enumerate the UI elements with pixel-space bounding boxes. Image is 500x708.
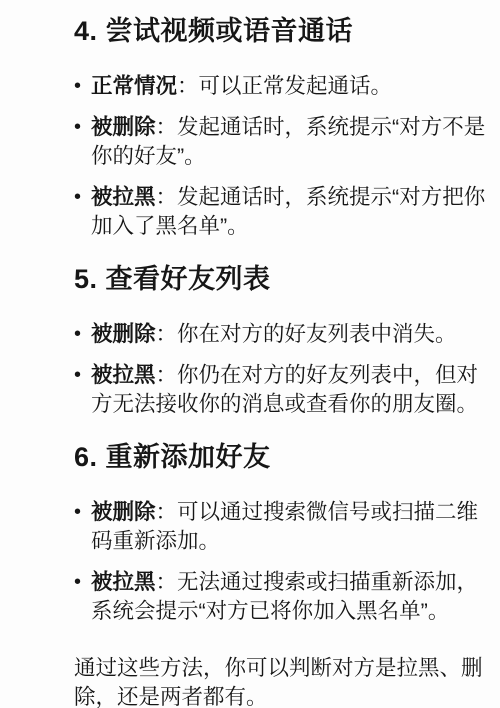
bullet-colon: ： [156, 363, 178, 387]
section-friend-list: 5. 查看好友列表 • 被删除：你在对方的好友列表中消失。 • 被拉黑：你仍在对… [74, 261, 492, 419]
bullet-text: 你在对方的好友列表中消失。 [177, 322, 457, 346]
list-item: • 被删除：发起通话时，系统提示“对方不是你的好友”。 [74, 113, 492, 171]
bullet-term: 被删除 [91, 322, 156, 346]
bullet-colon: ： [156, 570, 178, 594]
bullet-colon: ： [156, 500, 178, 524]
bullet-content: 被删除：你在对方的好友列表中消失。 [91, 320, 492, 349]
section-re-add-friend: 6. 重新添加好友 • 被删除：可以通过搜索微信号或扫描二维码重新添加。 • 被… [74, 439, 492, 626]
bullet-term: 被删除 [91, 115, 156, 139]
bullet-icon: • [74, 113, 91, 142]
bullet-text: 可以正常发起通话。 [199, 74, 393, 98]
bullet-icon: • [74, 320, 91, 349]
list-item: • 被拉黑：发起通话时，系统提示“对方把你加入了黑名单”。 [74, 183, 492, 241]
document: 4. 尝试视频或语音通话 • 正常情况：可以正常发起通话。 • 被删除：发起通话… [0, 0, 500, 708]
closing-paragraph: 通过这些方法，你可以判断对方是拉黑、删除，还是两者都有。 [74, 654, 492, 708]
bullet-colon: ： [156, 185, 178, 209]
bullet-colon: ： [156, 322, 178, 346]
bullet-term: 正常情况 [91, 74, 177, 98]
list-item: • 被删除：可以通过搜索微信号或扫描二维码重新添加。 [74, 498, 492, 556]
bullet-list: • 被删除：你在对方的好友列表中消失。 • 被拉黑：你仍在对方的好友列表中，但对… [74, 320, 492, 419]
bullet-colon: ： [177, 74, 199, 98]
list-item: • 被删除：你在对方的好友列表中消失。 [74, 320, 492, 349]
bullet-content: 被删除：可以通过搜索微信号或扫描二维码重新添加。 [91, 498, 492, 556]
bullet-content: 被拉黑：发起通话时，系统提示“对方把你加入了黑名单”。 [91, 183, 492, 241]
section-heading: 5. 查看好友列表 [74, 261, 492, 298]
bullet-term: 被拉黑 [91, 185, 156, 209]
bullet-icon: • [74, 361, 91, 390]
section-heading: 4. 尝试视频或语音通话 [74, 13, 492, 50]
bullet-icon: • [74, 498, 91, 527]
bullet-icon: • [74, 183, 91, 212]
bullet-content: 正常情况：可以正常发起通话。 [91, 72, 492, 101]
bullet-list: • 被删除：可以通过搜索微信号或扫描二维码重新添加。 • 被拉黑：无法通过搜索或… [74, 498, 492, 626]
list-item: • 被拉黑：你仍在对方的好友列表中，但对方无法接收你的消息或查看你的朋友圈。 [74, 361, 492, 419]
bullet-icon: • [74, 568, 91, 597]
bullet-content: 被删除：发起通话时，系统提示“对方不是你的好友”。 [91, 113, 492, 171]
bullet-term: 被拉黑 [91, 570, 156, 594]
bullet-term: 被删除 [91, 500, 156, 524]
bullet-colon: ： [156, 115, 178, 139]
list-item: • 被拉黑：无法通过搜索或扫描重新添加，系统会提示“对方已将你加入黑名单”。 [74, 568, 492, 626]
bullet-content: 被拉黑：你仍在对方的好友列表中，但对方无法接收你的消息或查看你的朋友圈。 [91, 361, 492, 419]
bullet-list: • 正常情况：可以正常发起通话。 • 被删除：发起通话时，系统提示“对方不是你的… [74, 72, 492, 241]
section-heading: 6. 重新添加好友 [74, 439, 492, 476]
bullet-content: 被拉黑：无法通过搜索或扫描重新添加，系统会提示“对方已将你加入黑名单”。 [91, 568, 492, 626]
bullet-term: 被拉黑 [91, 363, 156, 387]
bullet-icon: • [74, 72, 91, 101]
list-item: • 正常情况：可以正常发起通话。 [74, 72, 492, 101]
section-video-call: 4. 尝试视频或语音通话 • 正常情况：可以正常发起通话。 • 被删除：发起通话… [74, 13, 492, 241]
